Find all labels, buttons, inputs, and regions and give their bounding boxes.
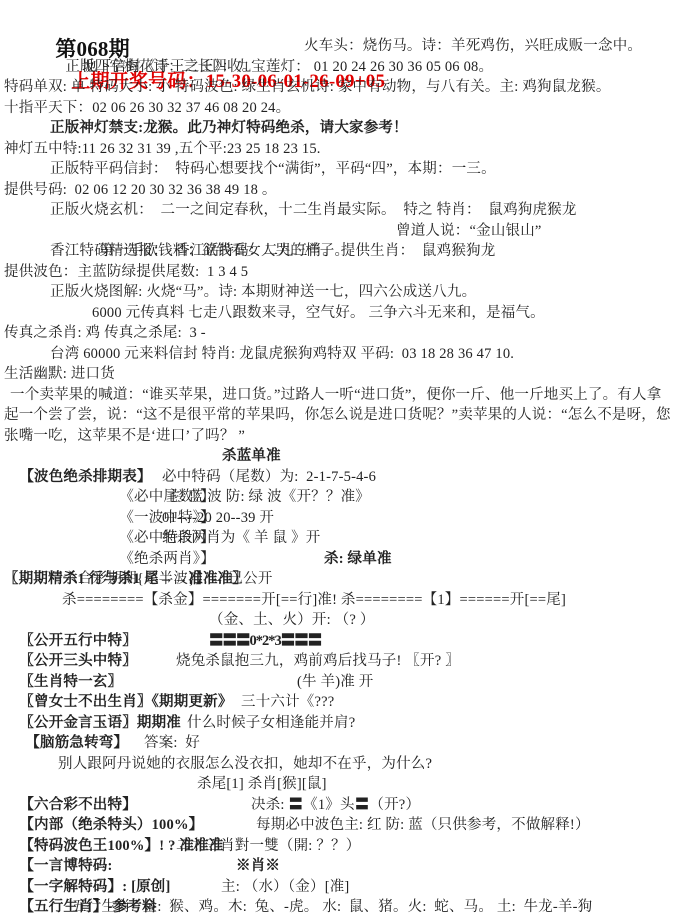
three-heads-line: 〖公开三头中特〗 〓〓〓0*2*3〓〓〓 (4, 631, 686, 652)
must-hit-segment-line: 《必中特段》】 01----20 20--39 开 (4, 508, 686, 529)
madam-zeng-line: 〖曾女士不出生肖〗《期期更新》 (牛 羊)准 开 (4, 672, 686, 693)
fire-diagram-line: 正版火烧图解: 火烧“马”。诗: 本期财神送一七，四六公成送八九。 (4, 282, 686, 303)
brain-teaser-line: 【脑筋急转弯】 什么时候子女相逢能并肩? (4, 713, 686, 734)
five-element-zodiac-main: 主: （水）（金）[准] (221, 877, 349, 898)
fax-kill-line: 传真之杀肖: 鸡 传真之杀尾: 3 - (4, 323, 686, 344)
five-elements-line: 〖公开五行中特〗 （金、土、火）开: （? ） (4, 610, 686, 631)
magic-lamp-ban-line: 正版神灯禁支:龙猴。此乃神灯特码绝杀，请大家参考！ (4, 118, 686, 139)
special-code-attrs-line: 特码单双: 单 特码大小: 小 特码波色: 绿生肖玄机诗: 家中有动物，与八有关… (4, 77, 686, 98)
one-wave-special-line: 《一波中特》】 主: 蓝 波 防: 绿 波《开？？准》 (4, 487, 686, 508)
joke-line-1: 一个卖苹果的喊道：“谁买苹果，进口货。”过路人一听“进口货”，便你一斤、他一斤地… (4, 385, 686, 406)
provided-wave-color-line: 提供波色：主蓝防绿提供尾数: 1 3 4 5 (4, 262, 686, 283)
special-flat-code-letter-line: 正版特平码信封： 特码心想要找个“满街”，平码“四”，本期：一三。 (4, 159, 686, 180)
golden-words-value: 三十六计《??? (241, 692, 334, 713)
wave-kill-schedule-header: 【波色绝杀排期表】 杀蓝单准 (4, 446, 686, 467)
half-wave-kill-line: 六合彩期期{杀半波}】→ 已公开 杀: 绿单准 (4, 549, 686, 570)
five-element-zodiac-detail: 五行生肖: 金: 猴、鸡。木: 兔、-虎。 水: 鼠、猪。火: 蛇、马。 土: … (4, 897, 686, 917)
not-out-special-line: 【六合彩不出特】 杀尾[1] 杀肖[猴][鼠] (4, 774, 686, 795)
lamp-five-special-line: 神灯五中特:11 26 32 31 39 ,五个平:23 25 18 23 15… (4, 139, 686, 160)
joke-line-2: 起一个尝了尝，说：“这不是很平常的苹果吗，你怎么说是进口货呢？”卖苹果的人说：“… (4, 405, 686, 426)
zengdaoren-quote: 曾道人说：“金山银山” (396, 221, 542, 242)
must-hit-tails-line: 《必中尾数》】 必中特码（尾数）为: 2-1-7-5-4-6 (4, 467, 686, 488)
answer-line: 答案: 好 (4, 733, 686, 754)
one-char-solve-line: 【一字解特码】: [原创] ※肖※ (4, 856, 686, 877)
fire-train-text: 火车头：烧伤马。诗：羊死鸡伤，兴旺成贩一念中。 (304, 36, 642, 57)
fax-material-line: 6000 元传真料 七走八跟数来寻，空气好。 三争六斗无来和，是福气。 (4, 303, 686, 324)
internal-kill-head-value: 决杀: 〓《1》头〓（开?） (251, 795, 420, 816)
joke-line-3: 张嘴一吃，这苹果不是‘进口’了吗？ ” (4, 426, 686, 447)
madam-zeng-value: (牛 羊)准 开 (297, 672, 374, 693)
plum-poem-line: 正版四字梅花诗：三长四收。 火车头：烧伤马。诗：羊死鸡伤，兴旺成贩一念中。 (4, 36, 686, 57)
brain-teaser-question: 什么时候子女相逢能并肩? (187, 713, 355, 734)
ten-fingers-line: 十指平天下：02 06 26 30 32 37 46 08 20 24。 (4, 98, 686, 119)
five-elements-value: （金、土、火）开: （? ） (209, 610, 375, 631)
half-wave-kill-result: 杀: 绿单准 (324, 549, 392, 570)
must-hit-tails-value: 必中特码（尾数）为: 2-1-7-5-4-6 (162, 467, 376, 488)
provided-numbers-line: 提供号码: 02 06 12 20 30 32 36 38 49 18 。 (4, 180, 686, 201)
humor-title-line: 生活幽默: 进口货 (4, 364, 686, 385)
zodiac-mystery-value: 烧兔杀鼠抱三九，鸡前鸡后找马子! 〖开? 〗 (176, 651, 460, 672)
one-char-solve-value: ※肖※ (236, 856, 280, 877)
money-poem-line: 第一手欲钱料：欲钱看女人哭的样子。 曾道人说：“金山银山” (4, 221, 686, 242)
header-row: 第068期 上期开奖号码：15-30-06-01-26-09+05 (4, 6, 686, 35)
kill-two-zodiac-value: 绝杀两肖为《 羊 鼠 》开 (162, 528, 320, 549)
wave-color-king-line: 【特码波色王100%】! ? 准准准 每期必中波色主: 红 防: 蓝（只供参考，… (4, 815, 686, 836)
golden-words-line: 〖公开金言玉语〗期期准 三十六计《??? (4, 692, 686, 713)
one-word-bet-line: 【一言博特码: 二九三肖對一雙（開: ？？） (4, 836, 686, 857)
must-hit-segment-value: 01----20 20--39 开 (162, 508, 274, 529)
precise-kill-header: 〖期期精杀1 行与杀1 尾→→准准准〗 (4, 569, 686, 590)
kill-gold-line: 杀========【杀金】=======开[==行]准! 杀========【1… (4, 590, 686, 611)
fire-mystery-line: 正版火烧玄机： 二一之间定春秋，十二生肖最实际。 特之 特肖： 鼠鸡狗虎猴龙 (4, 200, 686, 221)
internal-kill-head-line: 【内部（绝杀特头）100%】 决杀: 〓《1》头〓（开?） (4, 795, 686, 816)
underground-letter-line: 地下信封《千王之王》：九宝莲灯： 01 20 24 26 30 36 05 06… (4, 57, 686, 78)
not-out-special-value: 杀尾[1] 杀肖[猴][鼠] (197, 774, 327, 795)
one-word-bet-value: 二九三肖對一雙（開: ？？） (176, 836, 360, 857)
kill-blue-result: 杀蓝单准 (222, 446, 281, 467)
wave-color-king-value: 每期必中波色主: 红 防: 蓝（只供参考，不做解释!） (256, 815, 590, 836)
zodiac-mystery-line: 〖生肖特一玄〗 烧兔杀鼠抱三九，鸡前鸡后找马子! 〖开? 〗 (4, 651, 686, 672)
xiangjiang-line: 香江特码精选报： 香江话特码：二九三肖。 提供生肖： 鼠鸡猴狗龙 (4, 241, 686, 262)
five-element-zodiac-header: 【五行生肖】-参考料 主: （水）（金）[准] (4, 877, 686, 898)
three-heads-value: 〓〓〓0*2*3〓〓〓 (209, 631, 321, 652)
second-riddle-line: 别人跟阿丹说她的衣服怎么没衣扣，她却不在乎，为什么? (4, 754, 686, 775)
taiwan-letter-line: 台湾 60000 元来料信封 特肖: 龙鼠虎猴狗鸡特双 平码: 03 18 28… (4, 344, 686, 365)
lottery-tip-sheet: 第068期 上期开奖号码：15-30-06-01-26-09+05 正版四字梅花… (0, 0, 688, 917)
one-wave-value: 主: 蓝 波 防: 绿 波《开？？准》 (166, 487, 370, 508)
kill-two-zodiac-line: 《绝杀两肖》】 绝杀两肖为《 羊 鼠 》开 (4, 528, 686, 549)
